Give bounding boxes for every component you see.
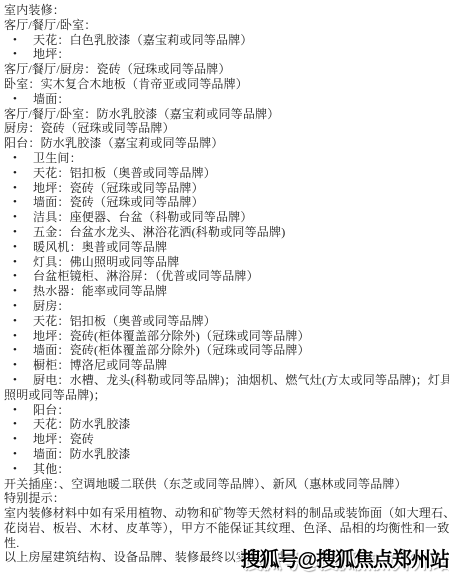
bullet-icon: • <box>13 417 17 432</box>
bullet-icon: • <box>13 462 17 477</box>
line-text: 其他： <box>33 462 70 476</box>
line-text: 墙面：防水乳胶漆 <box>33 447 131 461</box>
list-bullet-line: •地坪：瓷砖（冠珠或同等品牌） <box>4 181 449 196</box>
list-bullet-line: •阳台： <box>4 403 449 418</box>
bullet-icon: • <box>13 447 17 462</box>
list-bullet-line: •热水器：能率或同等品牌 <box>4 284 449 299</box>
line-text: 地坪： <box>33 47 70 61</box>
line-text: 阳台：防水乳胶漆（嘉宝莉或同等品牌） <box>4 136 224 150</box>
line-text: 热水器：能率或同等品牌 <box>33 284 167 298</box>
line-text: 阳台： <box>33 403 70 417</box>
bullet-icon: • <box>13 358 17 373</box>
paragraph-line: 照明或同等品牌)； <box>4 388 449 403</box>
line-text: 花岗岩、板岩、木材、皮革等），甲方不能保证其纹理、色泽、品相的均衡性和一致 <box>4 521 449 535</box>
line-text: 台盆柜镜柜、淋浴屏：（优普或同等品牌） <box>33 269 259 283</box>
list-bullet-line: •橱柜：博洛尼或同等品牌 <box>4 358 449 373</box>
line-text: 墙面：瓷砖(柜体覆盖部分除外)（冠珠或同等品牌） <box>33 343 310 357</box>
list-bullet-line: •厨电：水槽、龙头(科勒或同等品牌)；油烟机、燃气灶(方太或同等品牌)；灯具(佛… <box>4 373 449 388</box>
bullet-icon: • <box>13 284 17 299</box>
line-text: 天花：铝扣板（奥普或同等品牌） <box>33 314 216 328</box>
bullet-icon: • <box>13 373 17 388</box>
line-text: 厨电：水槽、龙头(科勒或同等品牌)；油烟机、燃气灶(方太或同等品牌)；灯具(佛山 <box>33 373 449 387</box>
list-bullet-line: •卫生间： <box>4 151 449 166</box>
bullet-icon: • <box>13 195 17 210</box>
bullet-icon: • <box>13 269 17 284</box>
list-bullet-line: •天花：铝扣板（奥普或同等品牌） <box>4 166 449 181</box>
watermark: 搜狐号@搜狐焦点郑州站 <box>240 543 449 572</box>
paragraph-line: 客厅/餐厅/卧室： <box>4 18 449 33</box>
bullet-icon: • <box>13 432 17 447</box>
paragraph-line: 室内装修材料中如有采用植物、动物和矿物等天然材料的制品或装饰面（如大理石、 <box>4 506 449 521</box>
bullet-icon: • <box>13 314 17 329</box>
line-text: 室内装修材料中如有采用植物、动物和矿物等天然材料的制品或装饰面（如大理石、 <box>4 506 449 520</box>
line-text: 厨房：瓷砖（冠珠或同等品牌） <box>4 121 175 135</box>
list-bullet-line: •地坪： <box>4 47 449 62</box>
line-text: 墙面： <box>33 92 70 106</box>
document-body: 室内装修：客厅/餐厅/卧室：•天花：白色乳胶漆（嘉宝莉或同等品牌）•地坪：客厅/… <box>4 3 449 565</box>
line-text: 客厅/餐厅/厨房：瓷砖（冠珠或同等品牌） <box>4 62 231 76</box>
bullet-icon: • <box>13 181 17 196</box>
paragraph-line: 阳台：防水乳胶漆（嘉宝莉或同等品牌） <box>4 136 449 151</box>
list-bullet-line: •台盆柜镜柜、淋浴屏：（优普或同等品牌） <box>4 269 449 284</box>
line-text: 客厅/餐厅/卧室：防水乳胶漆（嘉宝莉或同等品牌） <box>4 107 279 121</box>
line-text: 天花：防水乳胶漆 <box>33 417 131 431</box>
list-bullet-line: •墙面：防水乳胶漆 <box>4 447 449 462</box>
line-text: 室内装修： <box>4 3 65 17</box>
line-text: 地坪：瓷砖(柜体覆盖部分除外)（冠珠或同等品牌） <box>33 329 310 343</box>
paragraph-line: 客厅/餐厅/卧室：防水乳胶漆（嘉宝莉或同等品牌） <box>4 107 449 122</box>
line-text: 地坪：瓷砖 <box>33 432 94 446</box>
paragraph-line: 厨房：瓷砖（冠珠或同等品牌） <box>4 121 449 136</box>
bullet-icon: • <box>13 299 17 314</box>
bullet-icon: • <box>13 225 17 240</box>
line-text: 地坪：瓷砖（冠珠或同等品牌） <box>33 181 204 195</box>
line-text: 洁具：座便器、台盆（科勒或同等品牌） <box>33 210 253 224</box>
paragraph-line: 卧室：实木复合木地板（肯帝亚或同等品牌） <box>4 77 449 92</box>
line-text: 客厅/餐厅/卧室： <box>4 18 96 32</box>
line-text: 灯具：佛山照明或同等品牌 <box>33 255 179 269</box>
line-text: 照明或同等品牌)； <box>4 388 106 402</box>
document-page: 室内装修：客厅/餐厅/卧室：•天花：白色乳胶漆（嘉宝莉或同等品牌）•地坪：客厅/… <box>0 0 449 574</box>
bullet-icon: • <box>13 255 17 270</box>
line-text: 墙面：瓷砖（冠珠或同等品牌） <box>33 195 204 209</box>
line-text: 天花：白色乳胶漆（嘉宝莉或同等品牌） <box>33 33 253 47</box>
list-bullet-line: •洁具：座便器、台盆（科勒或同等品牌） <box>4 210 449 225</box>
line-text: 橱柜：博洛尼或同等品牌 <box>33 358 167 372</box>
bullet-icon: • <box>13 47 17 62</box>
bullet-icon: • <box>13 240 17 255</box>
paragraph-line: 开关插座：、空调地暖二联供（东芝或同等品牌）、新风（惠林或同等品牌） <box>4 477 449 492</box>
list-bullet-line: •厨房： <box>4 299 449 314</box>
line-text: 开关插座：、空调地暖二联供（东芝或同等品牌）、新风（惠林或同等品牌） <box>4 477 407 491</box>
list-bullet-line: •墙面：瓷砖(柜体覆盖部分除外)（冠珠或同等品牌） <box>4 343 449 358</box>
bullet-icon: • <box>13 151 17 166</box>
line-text: 厨房： <box>33 299 70 313</box>
list-bullet-line: •天花：白色乳胶漆（嘉宝莉或同等品牌） <box>4 33 449 48</box>
list-bullet-line: •墙面：瓷砖（冠珠或同等品牌） <box>4 195 449 210</box>
bullet-icon: • <box>13 343 17 358</box>
list-bullet-line: •其他： <box>4 462 449 477</box>
line-text: 天花：铝扣板（奥普或同等品牌） <box>33 166 216 180</box>
bullet-icon: • <box>13 92 17 107</box>
list-bullet-line: •灯具：佛山照明或同等品牌 <box>4 255 449 270</box>
line-text: 卫生间： <box>33 151 82 165</box>
bullet-icon: • <box>13 166 17 181</box>
bullet-icon: • <box>13 329 17 344</box>
paragraph-line: 特别提示： <box>4 491 449 506</box>
list-bullet-line: •天花：防水乳胶漆 <box>4 417 449 432</box>
list-bullet-line: •暖风机：奥普或同等品牌 <box>4 240 449 255</box>
paragraph-line: 花岗岩、板岩、木材、皮革等），甲方不能保证其纹理、色泽、品相的均衡性和一致 <box>4 521 449 536</box>
line-text: 性. <box>4 536 19 550</box>
paragraph-line: 室内装修： <box>4 3 449 18</box>
list-bullet-line: •墙面： <box>4 92 449 107</box>
list-bullet-line: •天花：铝扣板（奥普或同等品牌） <box>4 314 449 329</box>
list-bullet-line: •地坪：瓷砖 <box>4 432 449 447</box>
bullet-icon: • <box>13 403 17 418</box>
bullet-icon: • <box>13 210 17 225</box>
line-text: 卧室：实木复合木地板（肯帝亚或同等品牌） <box>4 77 248 91</box>
bullet-icon: • <box>13 33 17 48</box>
line-text: 特别提示： <box>4 491 65 505</box>
paragraph-line: 客厅/餐厅/厨房：瓷砖（冠珠或同等品牌） <box>4 62 449 77</box>
list-bullet-line: •五金：台盆水龙头、淋浴花洒(科勒或同等品牌) <box>4 225 449 240</box>
line-text: 五金：台盆水龙头、淋浴花洒(科勒或同等品牌) <box>33 225 285 239</box>
line-text: 暖风机：奥普或同等品牌 <box>33 240 167 254</box>
list-bullet-line: •地坪：瓷砖(柜体覆盖部分除外)（冠珠或同等品牌） <box>4 329 449 344</box>
